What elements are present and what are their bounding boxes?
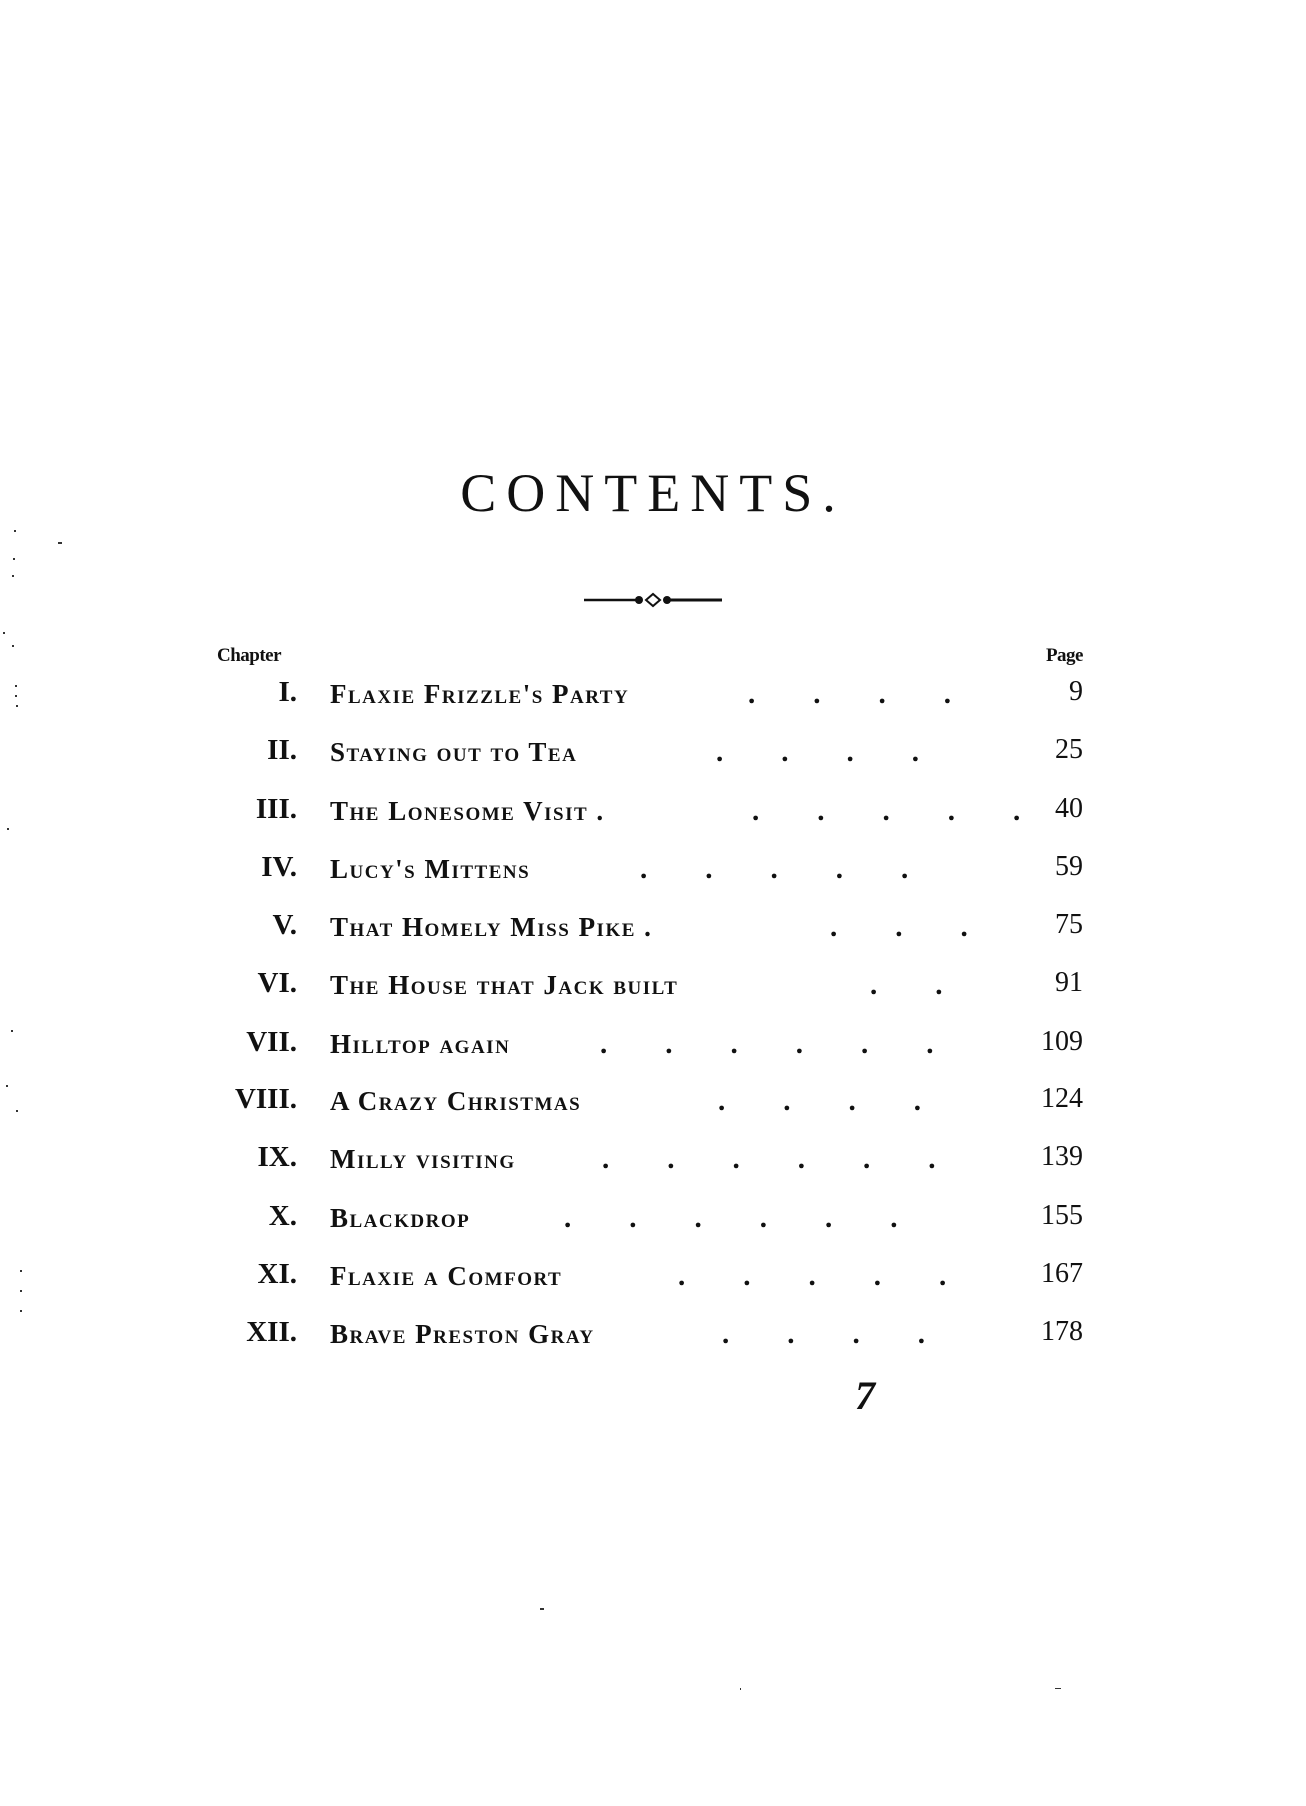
scan-speck	[58, 542, 62, 544]
chapter-page: 59	[1055, 851, 1083, 883]
chapter-page: 167	[1041, 1258, 1083, 1290]
chapter-page: 109	[1041, 1026, 1083, 1058]
chapter-numeral: IV.	[261, 851, 297, 884]
chapter-page: 75	[1055, 909, 1083, 941]
chapter-title: Brave Preston Gray	[330, 1319, 595, 1350]
dot-leader: . . . .	[722, 1318, 925, 1351]
page-column-header: Page	[1046, 645, 1083, 667]
toc-entry: III. The Lonesome Visit . . . . . . 40	[0, 793, 1306, 833]
chapter-page: 155	[1041, 1200, 1083, 1232]
chapter-title: The House that Jack built	[330, 970, 678, 1001]
scan-speck	[3, 632, 5, 634]
dot-leader: . . . . .	[752, 795, 1020, 828]
scan-speck	[1055, 1688, 1061, 1689]
chapter-page: 178	[1041, 1316, 1083, 1348]
scan-speck	[14, 530, 16, 532]
chapter-title: Flaxie Frizzle's Party	[330, 679, 629, 710]
toc-entry: V. That Homely Miss Pike . . . . 75	[0, 909, 1306, 949]
chapter-numeral: VI.	[258, 967, 297, 1000]
chapter-title: Lucy's Mittens	[330, 854, 530, 885]
toc-entry: II. Staying out to Tea . . . . 25	[0, 734, 1306, 774]
chapter-title: Hilltop again	[330, 1029, 510, 1060]
scan-speck	[20, 1290, 22, 1292]
scan-speck	[540, 1608, 544, 1610]
toc-entry: I. Flaxie Frizzle's Party . . . . 9	[0, 676, 1306, 716]
chapter-title: Flaxie a Comfort	[330, 1261, 562, 1292]
chapter-numeral: VII.	[246, 1026, 297, 1059]
toc-entry: VII. Hilltop again . . . . . . 109	[0, 1026, 1306, 1066]
dot-leader: . . . . . .	[602, 1143, 936, 1176]
chapter-title: Staying out to Tea	[330, 737, 577, 768]
dot-leader: . . . .	[716, 736, 919, 769]
chapter-numeral: XII.	[246, 1316, 297, 1349]
dot-leader: . . . . . .	[564, 1202, 898, 1235]
chapter-title: Milly visiting	[330, 1144, 516, 1175]
dot-leader: . . . . .	[640, 853, 908, 886]
chapter-column-header: Chapter	[217, 645, 281, 667]
toc-entry: X. Blackdrop . . . . . . 155	[0, 1200, 1306, 1240]
toc-entry: VIII. A Crazy Christmas . . . . 124	[0, 1083, 1306, 1123]
ornament-rule-icon	[584, 590, 722, 610]
dot-leader: . . . . . .	[600, 1028, 934, 1061]
dot-leader: . . . .	[748, 678, 951, 711]
scan-speck	[15, 695, 17, 697]
chapter-page: 91	[1055, 967, 1083, 999]
scan-speck	[740, 1688, 741, 1690]
scan-speck	[13, 558, 15, 560]
toc-entry: IV. Lucy's Mittens . . . . . 59	[0, 851, 1306, 891]
chapter-numeral: I.	[278, 676, 297, 709]
chapter-numeral: VIII.	[235, 1083, 297, 1116]
scan-speck	[15, 685, 17, 687]
chapter-numeral: XI.	[258, 1258, 297, 1291]
page-title: CONTENTS.	[0, 462, 1306, 524]
chapter-numeral: IX.	[258, 1141, 297, 1174]
toc-entry: XI. Flaxie a Comfort . . . . . 167	[0, 1258, 1306, 1298]
scan-speck	[6, 1085, 8, 1087]
chapter-numeral: III.	[256, 793, 297, 826]
chapter-page: 40	[1055, 793, 1083, 825]
toc-entry: VI. The House that Jack built . . 91	[0, 967, 1306, 1007]
chapter-page: 124	[1041, 1083, 1083, 1115]
scan-speck	[12, 645, 14, 647]
chapter-numeral: X.	[269, 1200, 297, 1233]
scan-speck	[7, 828, 9, 830]
scan-speck	[16, 1110, 18, 1112]
dot-leader: . . . . .	[678, 1260, 946, 1293]
dot-leader: . .	[870, 969, 943, 1002]
scan-speck	[16, 705, 18, 707]
chapter-page: 9	[1069, 676, 1083, 708]
chapter-title: That Homely Miss Pike .	[330, 912, 652, 943]
scan-speck	[11, 1030, 13, 1032]
page-number: 7	[855, 1372, 875, 1419]
toc-entry: IX. Milly visiting . . . . . . 139	[0, 1141, 1306, 1181]
dot-leader: . . . .	[718, 1085, 921, 1118]
chapter-page: 139	[1041, 1141, 1083, 1173]
scan-speck	[20, 1310, 22, 1312]
dot-leader: . . .	[830, 911, 968, 944]
toc-entry: XII. Brave Preston Gray . . . . 178	[0, 1316, 1306, 1356]
chapter-numeral: V.	[273, 909, 297, 942]
scan-speck	[20, 1270, 22, 1272]
chapter-title: The Lonesome Visit .	[330, 796, 605, 827]
chapter-numeral: II.	[267, 734, 297, 767]
scan-speck	[12, 575, 14, 577]
chapter-page: 25	[1055, 734, 1083, 766]
chapter-title: A Crazy Christmas	[330, 1086, 581, 1117]
chapter-title: Blackdrop	[330, 1203, 470, 1234]
